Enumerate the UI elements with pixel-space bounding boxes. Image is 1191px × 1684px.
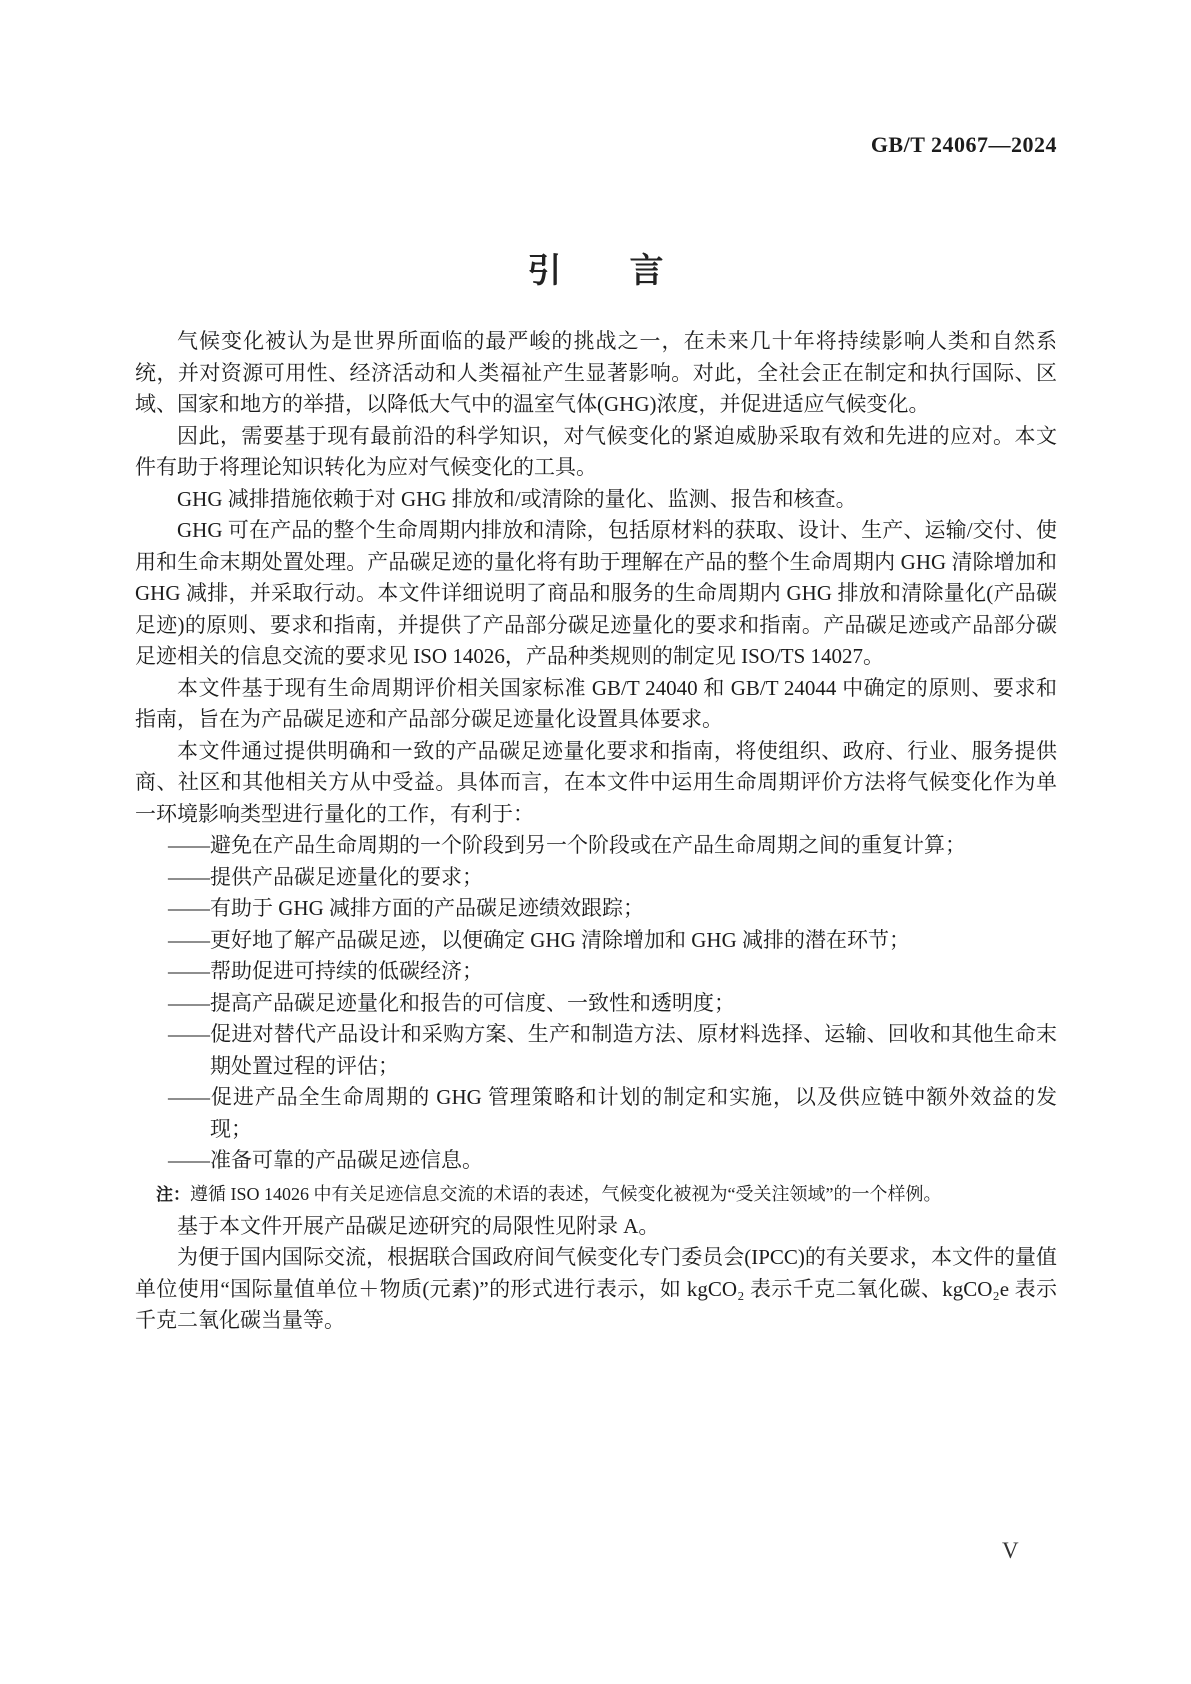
paragraph-benefits-intro: 本文件通过提供明确和一致的产品碳足迹量化要求和指南，将使组织、政府、行业、服务提… [135, 736, 1057, 831]
document-body: 气候变化被认为是世界所面临的最严峻的挑战之一，在未来几十年将持续影响人类和自然系… [135, 326, 1057, 1337]
paragraph-climate-challenge: 气候变化被认为是世界所面临的最严峻的挑战之一，在未来几十年将持续影响人类和自然系… [135, 326, 1057, 421]
list-item-understand-footprint: ——更好地了解产品碳足迹，以便确定 GHG 清除增加和 GHG 减排的潜在环节； [135, 925, 1057, 957]
list-item-low-carbon-economy: ——帮助促进可持续的低碳经济； [135, 956, 1057, 988]
paragraph-units-ipcc: 为便于国内国际交流，根据联合国政府间气候变化专门委员会(IPCC)的有关要求，本… [135, 1242, 1057, 1337]
list-item-alternative-assessment: ——促进对替代产品设计和采购方案、生产和制造方法、原材料选择、运输、回收和其他生… [135, 1019, 1057, 1082]
list-item-quantification-requirements: ——提供产品碳足迹量化的要求； [135, 862, 1057, 894]
paragraph-scientific-response: 因此，需要基于现有最前沿的科学知识，对气候变化的紧迫威胁采取有效和先进的应对。本… [135, 421, 1057, 484]
paragraph-ghg-measures: GHG 减排措施依赖于对 GHG 排放和/或清除的量化、监测、报告和核查。 [135, 484, 1057, 516]
page-title: 引 言 [0, 243, 1191, 292]
list-item-credibility: ——提高产品碳足迹量化和报告的可信度、一致性和透明度； [135, 988, 1057, 1020]
list-item-ghg-strategy: ——促进产品全生命周期的 GHG 管理策略和计划的制定和实施，以及供应链中额外效… [135, 1082, 1057, 1145]
list-item-performance-tracking: ——有助于 GHG 减排方面的产品碳足迹绩效跟踪； [135, 893, 1057, 925]
paragraph-lifecycle-scope: GHG 可在产品的整个生命周期内排放和清除，包括原材料的获取、设计、生产、运输/… [135, 515, 1057, 673]
page-number: V [1002, 1538, 1019, 1564]
paragraph-basis-standards: 本文件基于现有生命周期评价相关国家标准 GB/T 24040 和 GB/T 24… [135, 673, 1057, 736]
note-label: 注： [156, 1185, 190, 1204]
paragraph-limitations-annex: 基于本文件开展产品碳足迹研究的局限性见附录 A。 [135, 1211, 1057, 1243]
standard-number: GB/T 24067—2024 [135, 132, 1057, 158]
note: 注：遵循 ISO 14026 中有关足迹信息交流的术语的表述，气候变化被视为“受… [135, 1180, 1057, 1209]
document-page: GB/T 24067—2024 引 言 气候变化被认为是世界所面临的最严峻的挑战… [0, 0, 1191, 1684]
list-item-avoid-double-counting: ——避免在产品生命周期的一个阶段到另一个阶段或在产品生命周期之间的重复计算； [135, 830, 1057, 862]
note-text: 遵循 ISO 14026 中有关足迹信息交流的术语的表述，气候变化被视为“受关注… [190, 1184, 941, 1204]
list-item-reliable-information: ——准备可靠的产品碳足迹信息。 [135, 1145, 1057, 1177]
